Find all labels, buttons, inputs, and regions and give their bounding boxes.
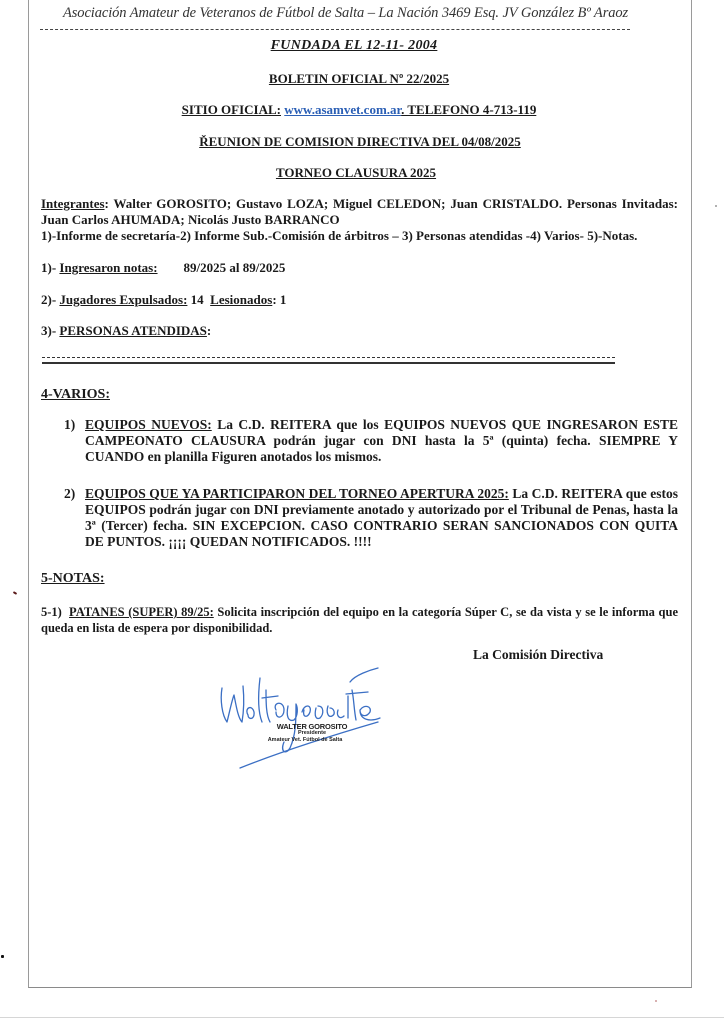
closing-signature-text: La Comisión Directiva bbox=[473, 647, 603, 663]
phone-text: . TELEFONO 4-713-119 bbox=[401, 102, 536, 117]
scan-speck bbox=[1, 955, 4, 958]
site-label: SITIO OFICIAL: bbox=[182, 102, 281, 117]
section-divider-solid bbox=[42, 362, 615, 364]
letterhead-organization: Asociación Amateur de Veteranos de Fútbo… bbox=[63, 5, 628, 22]
stamp-role: Presidente bbox=[252, 730, 372, 737]
entry-title: EQUIPOS NUEVOS: bbox=[85, 417, 212, 432]
entry-title: PATANES (SUPER) 89/25: bbox=[69, 605, 214, 619]
site-link[interactable]: www.asamvet.com.ar bbox=[284, 102, 401, 117]
scan-edge-line bbox=[0, 1017, 724, 1018]
item-prefix: 3)- bbox=[41, 323, 59, 338]
founded-date: FUNDADA EL 12-11- 2004 bbox=[0, 38, 716, 54]
founded-text: FUNDADA EL 12-11- 2004 bbox=[271, 38, 438, 53]
meeting-title: ŘEUNION DE COMISION DIRECTIVA DEL 04/08/… bbox=[0, 134, 722, 150]
notes-label: Ingresaron notas: bbox=[59, 260, 157, 275]
injured-value: : 1 bbox=[272, 292, 286, 307]
varios-entry: 1) EQUIPOS NUEVOS: La C.D. REITERA que l… bbox=[64, 417, 678, 465]
item-persons-attended: 3)- PERSONAS ATENDIDAS: bbox=[41, 323, 678, 339]
entry-title: EQUIPOS QUE YA PARTICIPARON DEL TORNEO A… bbox=[85, 486, 509, 501]
scan-speck bbox=[655, 1000, 657, 1002]
attendees-paragraph: Integrantes: Walter GOROSITO; Gustavo LO… bbox=[41, 196, 678, 228]
notas-heading: 5-NOTAS: bbox=[41, 571, 105, 587]
entry-body: EQUIPOS NUEVOS: La C.D. REITERA que los … bbox=[85, 417, 678, 465]
item-prefix: 1)- bbox=[41, 260, 59, 275]
item-notes-received: 1)- Ingresaron notas:89/2025 al 89/2025 bbox=[41, 260, 678, 276]
official-site-line: SITIO OFICIAL: www.asamvet.com.ar. TELEF… bbox=[0, 102, 721, 118]
notes-value: 89/2025 al 89/2025 bbox=[184, 260, 286, 275]
item-prefix: 2)- bbox=[41, 292, 59, 307]
bulletin-title: BOLETIN OFICIAL Nº 22/2025 bbox=[0, 71, 721, 87]
attended-suffix: : bbox=[207, 323, 211, 338]
scan-speck bbox=[715, 205, 717, 207]
handwritten-signature bbox=[200, 660, 400, 780]
section-divider-dashed bbox=[42, 357, 615, 358]
entry-number: 5-1) bbox=[41, 605, 62, 619]
attended-label: PERSONAS ATENDIDAS bbox=[59, 323, 207, 338]
stamp-organization: Amateur Vet. Fútbol de Salta bbox=[238, 737, 372, 744]
injured-label: Lesionados bbox=[210, 292, 272, 307]
notas-entry: 5-1) PATANES (SUPER) 89/25: Solicita ins… bbox=[41, 604, 678, 636]
letterhead-divider bbox=[40, 29, 630, 30]
attendees-label: Integrantes bbox=[41, 196, 105, 211]
tournament-title-text: TORNEO CLAUSURA 2025 bbox=[276, 165, 436, 180]
stamp-name: WALTER GOROSITO bbox=[252, 723, 372, 730]
president-stamp: WALTER GOROSITO Presidente Amateur Vet. … bbox=[252, 723, 372, 744]
varios-heading: 4-VARIOS: bbox=[41, 387, 110, 403]
entry-body: EQUIPOS QUE YA PARTICIPARON DEL TORNEO A… bbox=[85, 486, 678, 550]
agenda-line: 1)-Informe de secretaría-2) Informe Sub.… bbox=[41, 228, 678, 244]
entry-number: 1) bbox=[64, 417, 75, 433]
varios-entry: 2) EQUIPOS QUE YA PARTICIPARON DEL TORNE… bbox=[64, 486, 678, 550]
attendees-text: : Walter GOROSITO; Gustavo LOZA; Miguel … bbox=[41, 196, 678, 227]
meeting-title-text: ŘEUNION DE COMISION DIRECTIVA DEL 04/08/… bbox=[199, 134, 521, 149]
tournament-title: TORNEO CLAUSURA 2025 bbox=[0, 165, 718, 181]
entry-number: 2) bbox=[64, 486, 75, 502]
bulletin-title-text: BOLETIN OFICIAL Nº 22/2025 bbox=[269, 71, 449, 86]
expelled-label: Jugadores Expulsados: bbox=[59, 292, 187, 307]
item-players: 2)- Jugadores Expulsados: 14 Lesionados:… bbox=[41, 292, 678, 308]
scan-speck bbox=[13, 591, 17, 595]
expelled-value: 14 bbox=[187, 292, 210, 307]
